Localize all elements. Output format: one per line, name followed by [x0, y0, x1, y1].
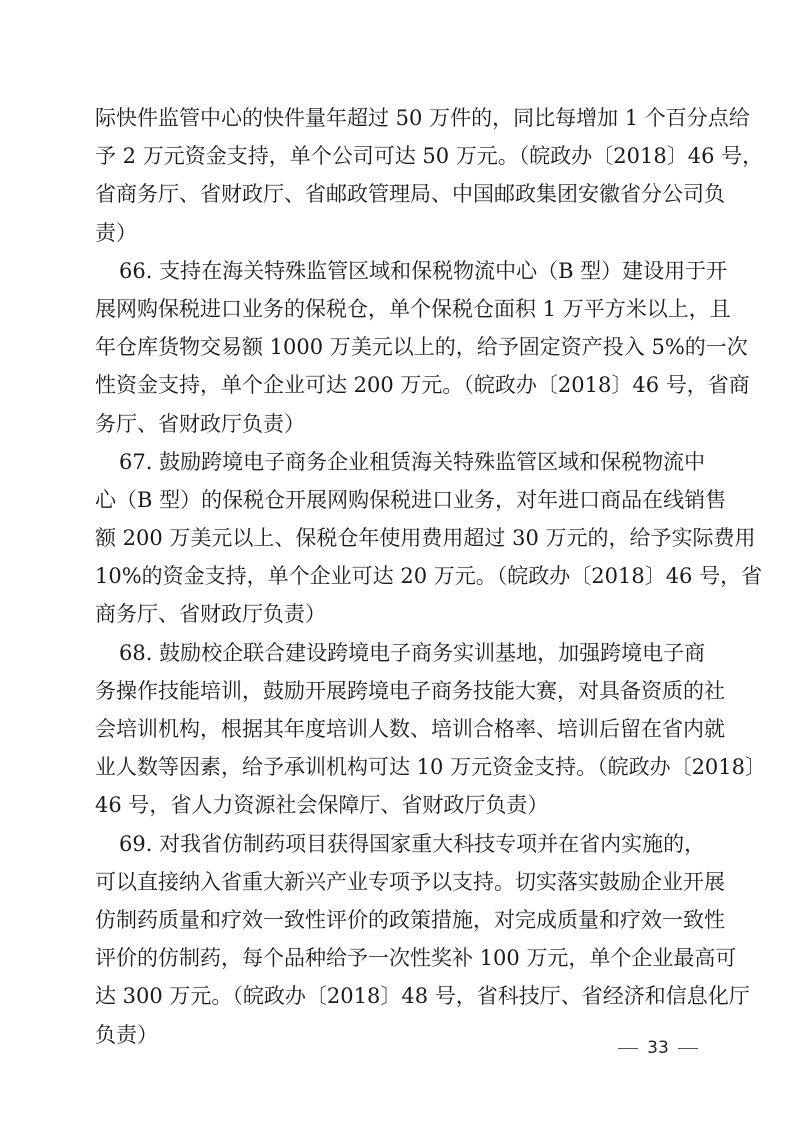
- text-line: 年仓库货物交易额 1000 万美元以上的，给予固定资产投入 5%的一次: [95, 328, 699, 366]
- paragraph-67-start: 67. 鼓励跨境电子商务企业租赁海关特殊监管区域和保税物流中: [95, 443, 699, 481]
- text-line: 予 2 万元资金支持，单个公司可达 50 万元。（皖政办〔2018〕46 号，: [95, 137, 699, 175]
- text-line: 仿制药质量和疗效一致性评价的政策措施，对完成质量和疗效一致性: [95, 901, 699, 939]
- text-line: 达 300 万元。（皖政办〔2018〕48 号，省科技厅、省经济和信息化厅: [95, 977, 699, 1015]
- text-line: 额 200 万美元以上、保税仓年使用费用超过 30 万元的，给予实际费用: [95, 519, 699, 557]
- page-number: 33: [647, 1038, 669, 1058]
- text-line: 心（B 型）的保税仓开展网购保税进口业务，对年进口商品在线销售: [95, 481, 699, 519]
- paragraph-66-start: 66. 支持在海关特殊监管区域和保税物流中心（B 型）建设用于开: [95, 252, 699, 290]
- body-text: 际快件监管中心的快件量年超过 50 万件的，同比每增加 1 个百分点给 予 2 …: [95, 99, 699, 1054]
- dash-left: [618, 1048, 638, 1049]
- text-line: 省商务厅、省财政厅、省邮政管理局、中国邮政集团安徽省分公司负: [95, 175, 699, 213]
- text-line: 展网购保税进口业务的保税仓，单个保税仓面积 1 万平方米以上，且: [95, 290, 699, 328]
- text-line: 性资金支持，单个企业可达 200 万元。（皖政办〔2018〕46 号，省商: [95, 366, 699, 404]
- text-line: 商务厅、省财政厅负责）: [95, 595, 699, 633]
- text-line: 务操作技能培训，鼓励开展跨境电子商务技能大赛，对具备资质的社: [95, 672, 699, 710]
- text-line: 负责）: [95, 1016, 699, 1054]
- text-line: 责）: [95, 214, 699, 252]
- text-line: 46 号，省人力资源社会保障厅、省财政厅负责）: [95, 786, 699, 824]
- text-line: 10%的资金支持，单个企业可达 20 万元。（皖政办〔2018〕46 号，省: [95, 557, 699, 595]
- text-line: 评价的仿制药，每个品种给予一次性奖补 100 万元，单个企业最高可: [95, 939, 699, 977]
- text-line: 务厅、省财政厅负责）: [95, 405, 699, 443]
- document-page: 际快件监管中心的快件量年超过 50 万件的，同比每增加 1 个百分点给 予 2 …: [0, 0, 793, 1122]
- text-line: 会培训机构，根据其年度培训人数、培训合格率、培训后留在省内就: [95, 710, 699, 748]
- paragraph-68-start: 68. 鼓励校企联合建设跨境电子商务实训基地，加强跨境电子商: [95, 634, 699, 672]
- dash-right: [678, 1048, 698, 1049]
- page-footer: 33: [618, 1037, 698, 1059]
- text-line: 业人数等因素，给予承训机构可达 10 万元资金支持。（皖政办〔2018〕: [95, 748, 699, 786]
- text-line: 际快件监管中心的快件量年超过 50 万件的，同比每增加 1 个百分点给: [95, 99, 699, 137]
- text-line: 可以直接纳入省重大新兴产业专项予以支持。切实落实鼓励企业开展: [95, 863, 699, 901]
- paragraph-69-start: 69. 对我省仿制药项目获得国家重大科技专项并在省内实施的，: [95, 825, 699, 863]
